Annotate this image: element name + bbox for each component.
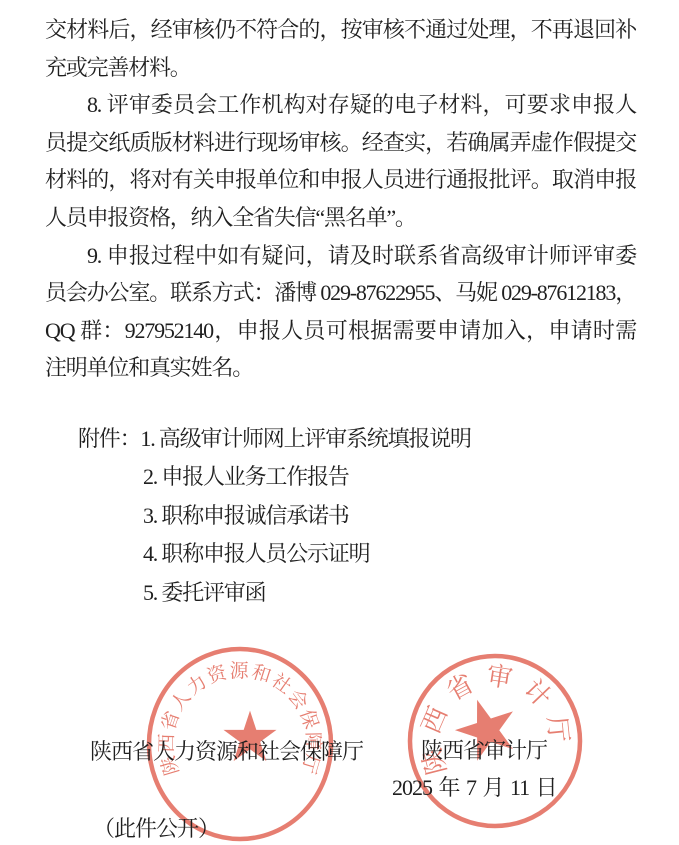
body-line: 人员申报资格，纳入全省失信“黑名单”。 xyxy=(45,199,636,237)
attachment-item: 3. 职称申报诚信承诺书 xyxy=(143,497,471,535)
document-body: 交材料后，经审核仍不符合的，按审核不通过处理，不再退回补 充或完善材料。 8. … xyxy=(45,11,636,387)
attachments-label: 附件： xyxy=(78,426,140,451)
body-line: QQ 群：927952140，申报人员可根据需要申请加入，申请时需 xyxy=(45,312,636,350)
document-page: 交材料后，经审核仍不符合的，按审核不通过处理，不再退回补 充或完善材料。 8. … xyxy=(0,0,679,845)
body-line: 注明单位和真实姓名。 xyxy=(45,349,636,387)
body-line: 8. 评审委员会工作机构对存疑的电子材料，可要求申报人 xyxy=(45,86,636,124)
body-line: 9. 申报过程中如有疑问，请及时联系省高级审计师评审委 xyxy=(45,237,636,275)
attachment-item: 4. 职称申报人员公示证明 xyxy=(143,535,471,573)
attachment-item: 2. 申报人业务工作报告 xyxy=(143,458,471,496)
attachments-block: 附件：1. 高级审计师网上评审系统填报说明 2. 申报人业务工作报告 3. 职称… xyxy=(78,420,471,612)
body-line: 员提交纸质版材料进行现场审核。经查实，若确属弄虚作假提交 xyxy=(45,124,636,162)
body-line: 交材料后，经审核仍不符合的，按审核不通过处理，不再退回补 xyxy=(45,11,636,49)
public-note: （此件公开） xyxy=(93,812,219,843)
body-line: 材料的，将对有关申报单位和申报人员进行通报批评。取消申报 xyxy=(45,161,636,199)
attachment-item: 5. 委托评审函 xyxy=(143,574,471,612)
right-signature-org: 陕西省审计厅 xyxy=(421,734,547,765)
attachment-line: 附件：1. 高级审计师网上评审系统填报说明 xyxy=(78,420,471,458)
document-date: 2025 年 7 月 11 日 xyxy=(392,771,557,802)
body-line: 充或完善材料。 xyxy=(45,49,636,87)
body-line: 员会办公室。联系方式：潘博 029-87622955、马妮 029-876121… xyxy=(45,274,636,312)
left-signature-org: 陕西省人力资源和社会保障厅 xyxy=(90,735,363,766)
attachment-item: 1. 高级审计师网上评审系统填报说明 xyxy=(140,426,470,451)
